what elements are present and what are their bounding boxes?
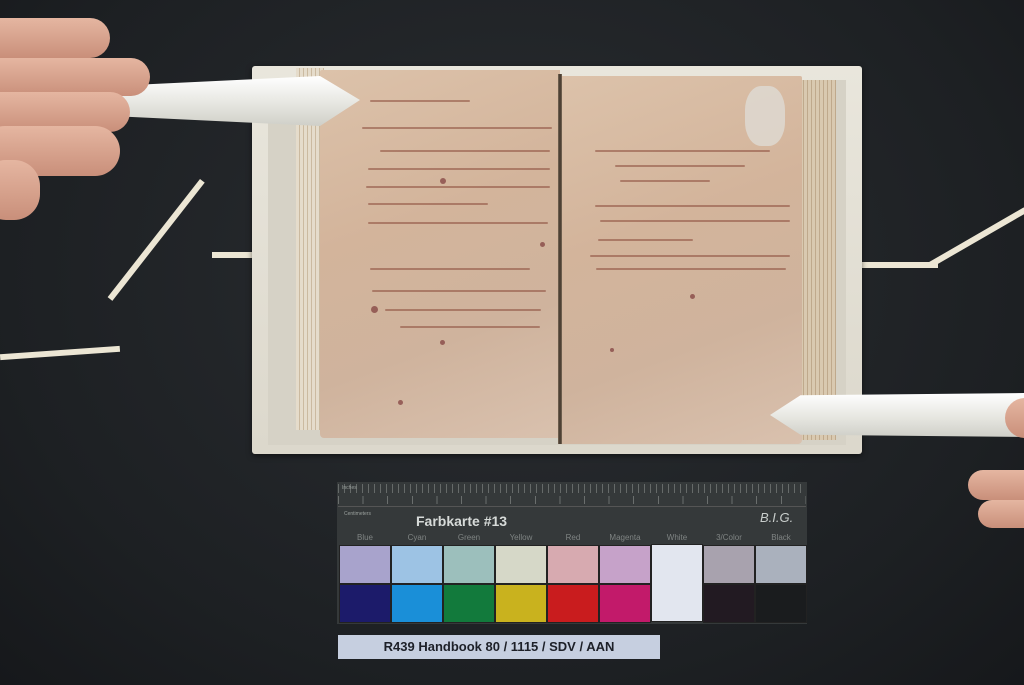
swatch-green-light xyxy=(443,545,495,584)
catalog-label: R439 Handbook 80 / 1115 / SDV / AAN xyxy=(338,635,660,659)
swatch-label: Black xyxy=(755,533,807,542)
handwriting-line xyxy=(380,150,550,152)
swatch-red-light xyxy=(547,545,599,584)
handwriting-line xyxy=(362,127,552,129)
faded-area xyxy=(745,86,785,146)
swatch-label: Magenta xyxy=(599,533,651,542)
handwriting-line xyxy=(595,205,790,207)
swatch-label: White xyxy=(651,533,703,542)
swatch-green-dark xyxy=(443,584,495,623)
swatch-label: 3/Color xyxy=(703,533,755,542)
handwriting-line xyxy=(598,239,693,241)
swatch-black-light xyxy=(755,545,807,584)
swatch-label: Red xyxy=(547,533,599,542)
foxing-spot xyxy=(371,306,378,313)
foxing-spot xyxy=(440,340,445,345)
page-edges-right xyxy=(800,80,836,440)
handwriting-line xyxy=(595,150,770,152)
chart-title: Farbkarte #13 xyxy=(416,513,507,529)
ruler-inch-ticks xyxy=(338,484,806,493)
ruler-label-inches: Inches xyxy=(342,485,357,491)
swatch-yellow-dark xyxy=(495,584,547,623)
ruler-label-cm: Centimeters xyxy=(344,511,371,517)
handwriting-line xyxy=(368,203,488,205)
manuscript-page-left xyxy=(320,70,560,438)
swatch-label: Yellow xyxy=(495,533,547,542)
handwriting-line xyxy=(368,222,548,224)
foxing-spot xyxy=(440,178,446,184)
swatch-black-dark xyxy=(755,584,807,623)
handwriting-line xyxy=(620,180,710,182)
handwriting-line xyxy=(600,220,790,222)
swatch-yellow-light xyxy=(495,545,547,584)
foxing-spot xyxy=(540,242,545,247)
hand-right-finger xyxy=(968,470,1024,500)
handwriting-line xyxy=(366,186,550,188)
hand-left-finger xyxy=(0,58,150,96)
handwriting-line xyxy=(368,168,550,170)
ruler-cm-ticks xyxy=(338,496,806,504)
hand-left-finger xyxy=(0,18,110,58)
foxing-spot xyxy=(398,400,403,405)
handwriting-line xyxy=(615,165,745,167)
swatch-white xyxy=(651,544,703,622)
handwriting-line xyxy=(596,268,786,270)
swatch-3-color-dark xyxy=(703,584,755,623)
swatch-label: Blue xyxy=(339,533,391,542)
handwriting-line xyxy=(370,268,530,270)
handwriting-line xyxy=(400,326,540,328)
foxing-spot xyxy=(610,348,614,352)
foxing-spot xyxy=(690,294,695,299)
swatch-magenta-light xyxy=(599,545,651,584)
swatch-label: Cyan xyxy=(391,533,443,542)
swatch-red-dark xyxy=(547,584,599,623)
handwriting-line xyxy=(372,290,546,292)
handwriting-line xyxy=(385,309,541,311)
handwriting-line xyxy=(590,255,790,257)
swatch-label: Green xyxy=(443,533,495,542)
chart-brand: B.I.G. xyxy=(760,510,793,525)
swatch-cyan-dark xyxy=(391,584,443,623)
swatch-magenta-dark xyxy=(599,584,651,623)
bone-folder-right xyxy=(770,393,1024,437)
handwriting-line xyxy=(370,100,470,102)
book-gutter xyxy=(558,74,562,444)
swatch-cyan-light xyxy=(391,545,443,584)
swatch-blue-light xyxy=(339,545,391,584)
swatch-3-color-light xyxy=(703,545,755,584)
hand-right-finger xyxy=(978,500,1024,528)
swatch-blue-dark xyxy=(339,584,391,623)
